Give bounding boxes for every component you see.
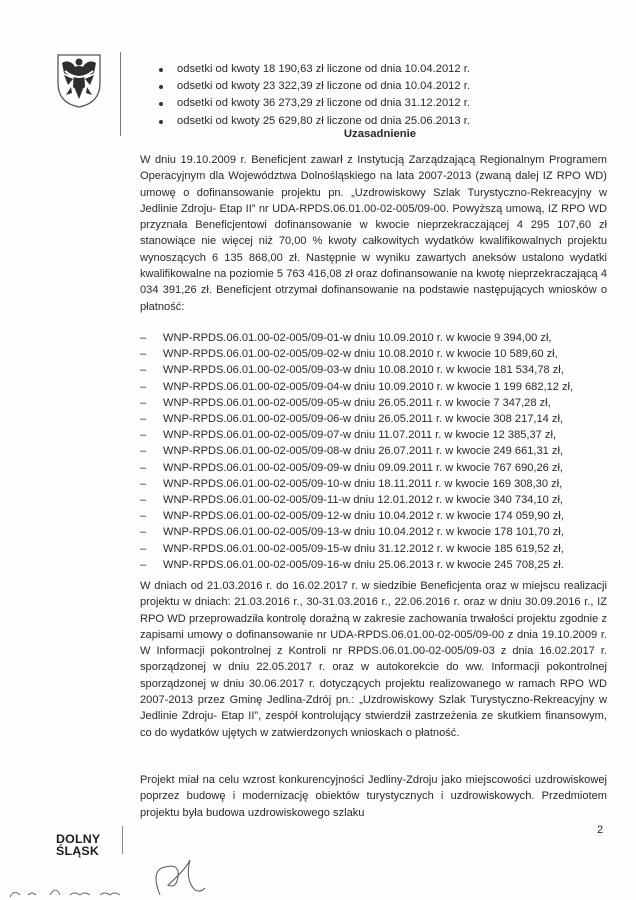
payment-request-item: WNP-RPDS.06.01.00-02-005/09-15-w dniu 31… (140, 541, 573, 557)
payment-request-item: WNP-RPDS.06.01.00-02-005/09-06-w dniu 26… (140, 411, 573, 427)
payment-request-item: WNP-RPDS.06.01.00-02-005/09-16-w dniu 25… (140, 557, 573, 573)
interest-item: odsetki od kwoty 36 273,29 zł liczone od… (158, 95, 470, 112)
footer-divider (122, 826, 123, 854)
dolny-slask-logo: DOLNY ŚLĄSK (56, 833, 100, 857)
payment-request-item: WNP-RPDS.06.01.00-02-005/09-02-w dniu 10… (140, 346, 573, 362)
paragraph-agreement: W dniu 19.10.2009 r. Beneficjent zawarł … (140, 152, 607, 315)
payment-request-item: WNP-RPDS.06.01.00-02-005/09-01-w dniu 10… (140, 330, 573, 346)
payment-requests-list: WNP-RPDS.06.01.00-02-005/09-01-w dniu 10… (140, 330, 573, 573)
paragraph-control: W dniach od 21.03.2016 r. do 16.02.2017 … (140, 578, 607, 741)
payment-request-item: WNP-RPDS.06.01.00-02-005/09-03-w dniu 10… (140, 362, 573, 378)
payment-request-item: WNP-RPDS.06.01.00-02-005/09-07-w dniu 11… (140, 427, 573, 443)
payment-request-item: WNP-RPDS.06.01.00-02-005/09-05-w dniu 26… (140, 395, 573, 411)
payment-request-item: WNP-RPDS.06.01.00-02-005/09-13-w dniu 10… (140, 524, 573, 540)
page-number: 2 (597, 824, 603, 836)
interest-item: odsetki od kwoty 18 190,63 zł liczone od… (158, 61, 470, 78)
header-divider (120, 52, 121, 136)
payment-request-item: WNP-RPDS.06.01.00-02-005/09-04-w dniu 10… (140, 379, 573, 395)
handwritten-signature-icon (0, 855, 260, 900)
payment-request-item: WNP-RPDS.06.01.00-02-005/09-12-w dniu 10… (140, 508, 573, 524)
coat-of-arms-icon (56, 53, 102, 109)
section-title: Uzasadnienie (130, 128, 630, 140)
paragraph-project: Projekt miał na celu wzrost konkurencyjn… (140, 772, 607, 821)
interest-list: odsetki od kwoty 18 190,63 zł liczone od… (158, 61, 470, 130)
interest-item: odsetki od kwoty 23 322,39 zł liczone od… (158, 78, 470, 95)
payment-request-item: WNP-RPDS.06.01.00-02-005/09-10-w dniu 18… (140, 476, 573, 492)
payment-request-item: WNP-RPDS.06.01.00-02-005/09-11-w dniu 12… (140, 492, 573, 508)
payment-request-item: WNP-RPDS.06.01.00-02-005/09-08-w dniu 26… (140, 443, 573, 459)
payment-request-item: WNP-RPDS.06.01.00-02-005/09-09-w dniu 09… (140, 460, 573, 476)
